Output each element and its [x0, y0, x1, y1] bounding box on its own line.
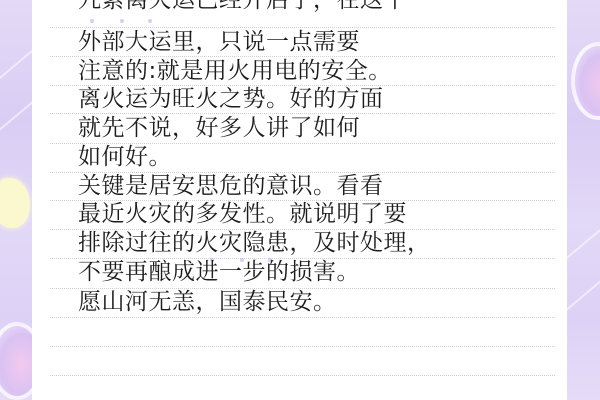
star-decoration-icon: [0, 178, 30, 228]
heart-decoration-icon: [571, 42, 600, 120]
text-line: 离火运为旺火之势。好的方面: [78, 85, 558, 114]
light-streak: [567, 202, 600, 281]
text-line: 如何好。: [78, 143, 558, 172]
dotted-rule: [50, 375, 555, 376]
heart-decoration-icon: [0, 322, 32, 400]
note-paper: 九紫离火运已经开启了，在这个 外部大运里，只说一点需要 注意的:就是用火用电的安…: [32, 0, 567, 400]
text-line: 关键是居安思危的意识。看看: [78, 172, 558, 201]
light-streak: [0, 22, 32, 101]
text-line: 愿山河无恙，国泰民安。: [78, 288, 558, 317]
text-line: 不要再酿成进一步的损害。: [78, 258, 558, 287]
right-decorative-border: [567, 0, 600, 400]
text-line: 九紫离火运已经开启了，在这个: [78, 0, 558, 15]
sparkle-icon: [120, 19, 124, 23]
sparkle-icon: [148, 19, 152, 23]
dotted-rule: [50, 346, 555, 347]
light-streak: [567, 262, 600, 341]
light-streak: [0, 82, 32, 161]
text-line: 最近火灾的多发性。就说明了要: [78, 200, 558, 229]
left-decorative-border: [0, 0, 32, 400]
text-line: 注意的:就是用火用电的安全。: [78, 57, 558, 86]
dotted-rule: [50, 317, 555, 318]
sparkle-icon: [90, 19, 94, 23]
text-line: 就先不说，好多人讲了如何: [78, 114, 558, 143]
text-line: 外部大运里，只说一点需要: [78, 28, 558, 57]
text-line: 排除过往的火灾隐患，及时处理，: [78, 229, 558, 258]
